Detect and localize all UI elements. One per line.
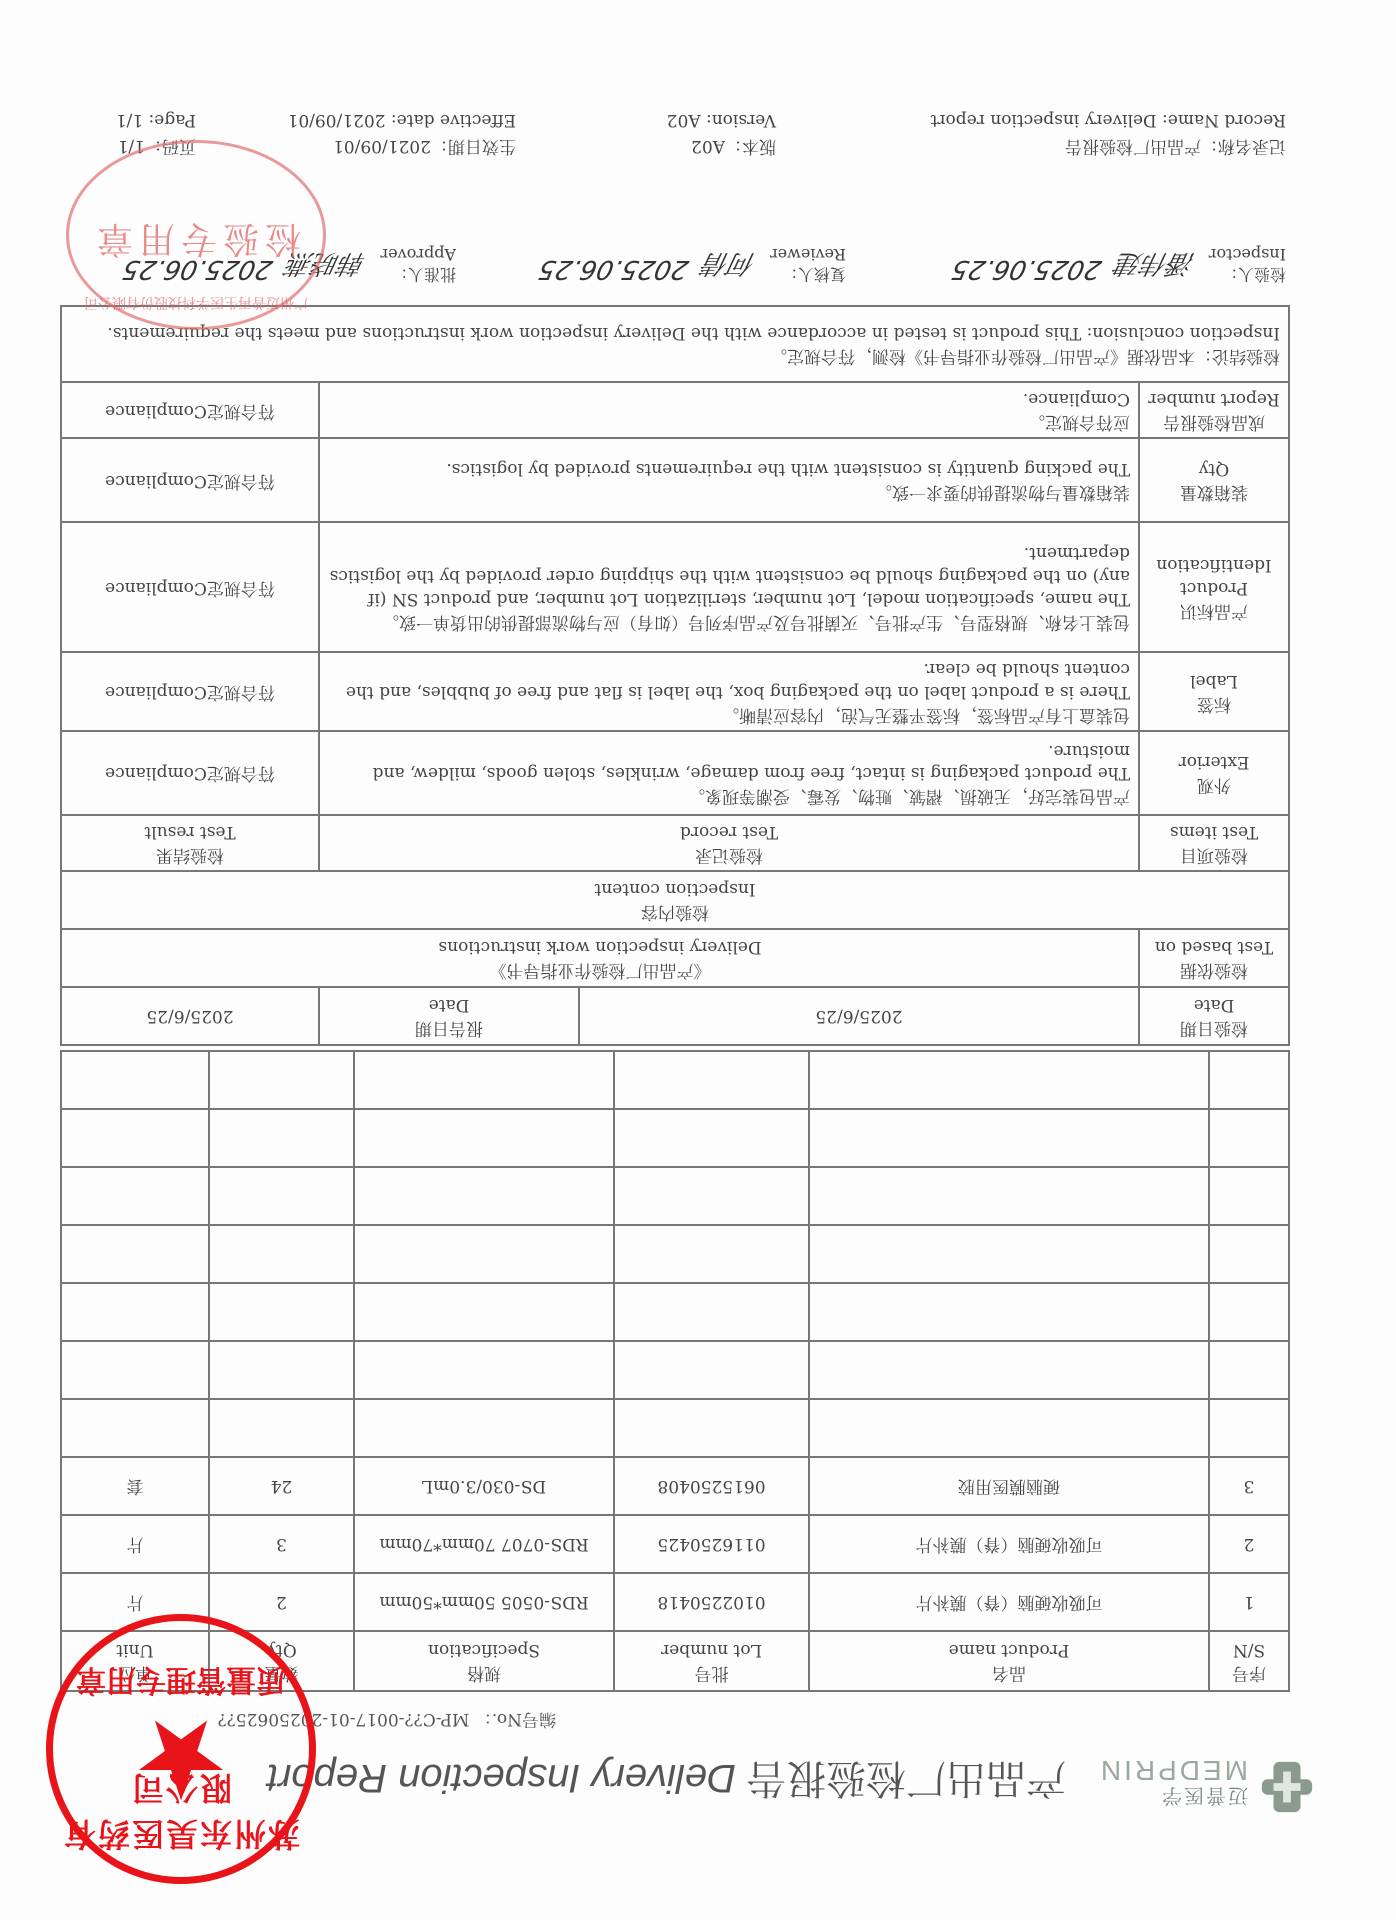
row-product-name: 可吸收硬脑（脊）膜补片 [809,1573,1209,1631]
item-row-exterior: 外观Exterior 产品包装完好，无破损、褶皱、赃物、发霉、受潮等现象。The… [61,731,1289,815]
row-product-name: 可吸收硬脑（脊）膜补片 [809,1515,1209,1573]
medprin-logo: 迈普医学 MEDPRIN [1056,1750,1316,1820]
row-spec: DS-030/3.0mL [354,1457,614,1515]
row-spec: RDS-0707 70mm*70mm [354,1515,614,1573]
col-product-name: 品名Product name [809,1631,1209,1691]
inspector-signature: 检验人：Inspector 潘伟建 2025.06.25 [952,244,1286,284]
item-record: 装箱数量与物流提供的要求一致。The packing quantity is c… [319,438,1139,522]
title-en: Delivery Inspection Report [267,1756,736,1800]
row-lot: 0102250418 [614,1573,809,1631]
item-result: 符合规定Compliance [61,438,319,522]
content-row: 检验内容Inspection content [61,871,1289,929]
item-row-identification: 产品标识Product Identification 包装上名称、规格型号、生产… [61,522,1289,652]
item-record: 包装上名称、规格型号、生产批号、灭菌批号及产品序列号（如有）应与物流部提供的出货… [319,522,1139,652]
footer-effective-date: 生效日期：2021/09/01Effective date: 2021/09/0… [288,107,516,158]
stamp-purpose: 质量管理专用章 [53,1661,309,1705]
row-qty: 3 [209,1515,354,1573]
row-sn: 1 [1209,1573,1289,1631]
item-name: 标签Label [1139,652,1289,731]
inspection-date-value: 2025/6/25 [579,987,1139,1045]
inspection-content-heading: 检验内容Inspection content [61,871,1289,929]
item-name: 成品检验报告Report number [1139,382,1289,438]
stamp-purpose: 检验专用章 [69,216,323,267]
item-result: 符合规定Compliance [61,522,319,652]
title-cn: 产品出厂检验报告 [746,1755,1066,1801]
empty-row [61,1225,1289,1283]
basis-label: 检验依据Test based on [1139,929,1289,987]
row-unit: 套 [61,1457,209,1515]
reviewer-date: 2025.06.25 [536,254,691,284]
inspection-stamp: 广州迈普再生医学科技股份有限公司 检验专用章 [66,140,326,330]
items-header-row: 检验项目Test items 检验记录Test record 检验结果Test … [61,815,1289,871]
empty-row [61,1051,1289,1109]
logo-cn-text: 迈普医学 [1160,1783,1248,1812]
inspector-date: 2025.06.25 [949,254,1104,284]
test-items-header: 检验项目Test items [1139,815,1289,871]
test-result-header: 检验结果Test result [61,815,319,871]
col-sn: 序号S/N [1209,1631,1289,1691]
basis-value: 《产品出厂检验作业指导书》Delivery inspection work in… [61,929,1139,987]
date-row: 检验日期Date 2025/6/25 报告日期Date 2025/6/25 [61,987,1289,1045]
reviewer-handwriting: 何倩 [699,247,759,284]
item-record: 应符合规定。Compliance. [319,382,1139,438]
col-specification: 规格Specification [354,1631,614,1691]
inspection-report-page: 迈普医学 MEDPRIN 产品出厂检验报告Delivery Inspection… [0,0,1396,1920]
row-lot: 0615250408 [614,1457,809,1515]
inspection-date-label: 检验日期Date [1139,987,1289,1045]
footer-version: 版本：A02Version: A02 [667,107,776,158]
col-lot-number: 批号Lot number [614,1631,809,1691]
row-sn: 2 [1209,1515,1289,1573]
report-date-value: 2025/6/25 [61,987,319,1045]
item-record: 包装盒上有产品标签，标签平整无气泡，内容应清晰。There is a produ… [319,652,1139,731]
empty-row [61,1283,1289,1341]
empty-row [61,1109,1289,1167]
table-row: 3 硬脑膜医用胶 0615250408 DS-030/3.0mL 24 套 [61,1457,1289,1515]
test-record-header: 检验记录Test record [319,815,1139,871]
item-record: 产品包装完好，无破损、褶皱、赃物、发霉、受潮等现象。The product pa… [319,731,1139,815]
report-date-label: 报告日期Date [319,987,579,1045]
footer-record-name: 记录名称：产品出厂检验报告Record Name: Delivery inspe… [931,107,1286,158]
item-row-label: 标签Label 包装盒上有产品标签，标签平整无气泡，内容应清晰。There is… [61,652,1289,731]
table-row: 2 可吸收硬脑（脊）膜补片 0116250425 RDS-0707 70mm*7… [61,1515,1289,1573]
row-unit: 片 [61,1515,209,1573]
row-sn: 3 [1209,1457,1289,1515]
star-icon: ★ [132,1704,231,1814]
report-title: 产品出厂检验报告Delivery Inspection Report [267,1753,1066,1810]
item-name: 产品标识Product Identification [1139,522,1289,652]
row-lot: 0116250425 [614,1515,809,1573]
inspection-table: 检验日期Date 2025/6/25 报告日期Date 2025/6/25 检验… [60,305,1290,1046]
stamp-ring-text: 广州迈普再生医学科技股份有限公司 [69,293,323,313]
item-row-qty: 装箱数量Qty 装箱数量与物流提供的要求一致。The packing quant… [61,438,1289,522]
item-name: 外观Exterior [1139,731,1289,815]
row-product-name: 硬脑膜医用胶 [809,1457,1209,1515]
empty-row [61,1399,1289,1457]
reviewer-signature: 复核人：Reviewer 何倩 2025.06.25 [539,244,846,284]
empty-row [61,1167,1289,1225]
item-result: 符合规定Compliance [61,652,319,731]
item-row-report: 成品检验报告Report number 应符合规定。Compliance. 符合… [61,382,1289,438]
item-result: 符合规定Compliance [61,382,319,438]
docno-label: 编号No.： [475,1709,556,1729]
basis-row: 检验依据Test based on 《产品出厂检验作业指导书》Delivery … [61,929,1289,987]
inspector-handwriting: 潘伟建 [1112,247,1198,284]
table-row: 1 可吸收硬脑（脊）膜补片 0102250418 RDS-0505 50mm*5… [61,1573,1289,1631]
row-qty: 2 [209,1573,354,1631]
row-spec: RDS-0505 50mm*50mm [354,1573,614,1631]
logo-en-text: MEDPRIN [1098,1754,1248,1786]
empty-row [61,1341,1289,1399]
cross-logo-icon [1258,1758,1316,1816]
item-name: 装箱数量Qty [1139,438,1289,522]
product-table: 序号S/N 品名Product name 批号Lot number 规格Spec… [60,1050,1290,1692]
row-qty: 24 [209,1457,354,1515]
item-result: 符合规定Compliance [61,731,319,815]
quality-stamp: 苏州东昊医药有限公司 ★ 质量管理专用章 [46,1614,316,1884]
